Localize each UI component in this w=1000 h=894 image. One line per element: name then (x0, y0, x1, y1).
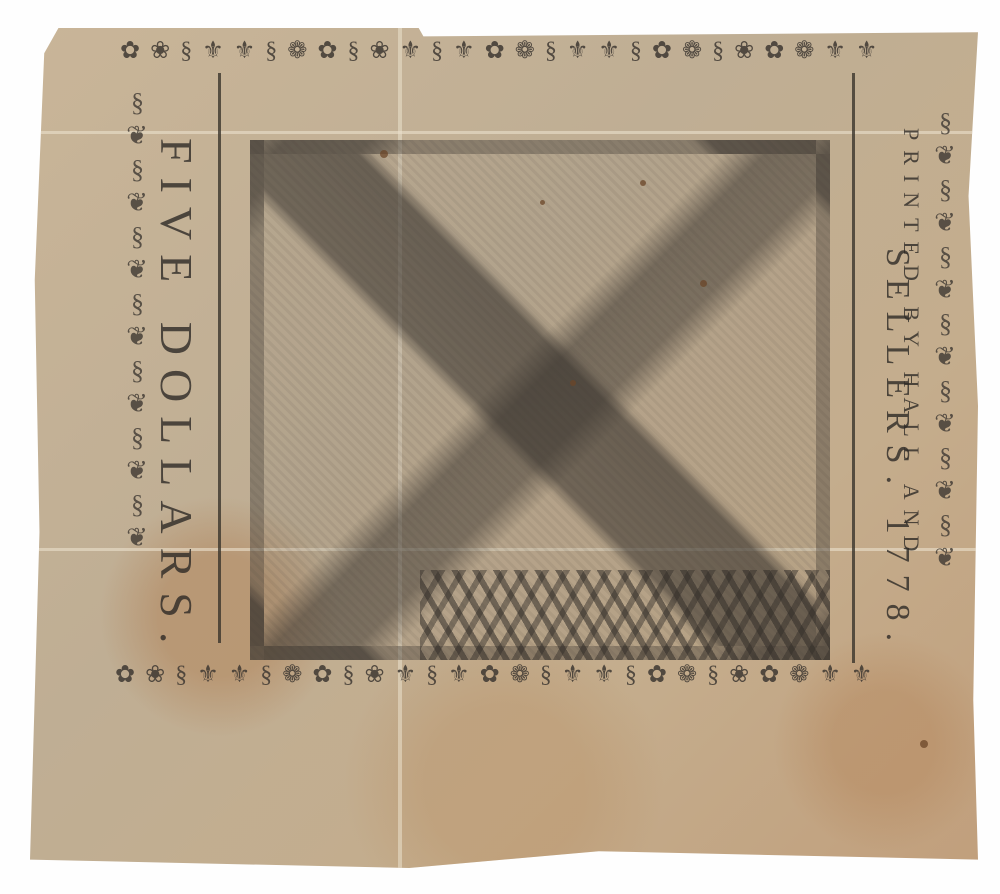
right-ornament-border: §❦§❦§❦§❦§❦§❦§❦ (930, 108, 960, 668)
top-ornament-border: ✿ ❀ § ⚜ ⚜ § ❁ ✿ § ❀ ⚜ § ⚜ ✿ ❁ § ⚜ ⚜ § ✿ … (120, 36, 879, 65)
right-rule (852, 73, 855, 663)
foxing-spot (570, 380, 576, 386)
foxing-spot (920, 740, 928, 748)
bottom-ornament-border: ✿ ❀ § ⚜ ⚜ § ❁ ✿ § ❀ ⚜ § ⚜ ✿ ❁ § ⚜ ⚜ § ✿ … (115, 660, 874, 689)
printer-line-2: SELLERS. 1778. (878, 248, 916, 653)
fold-line-horizontal-top (30, 131, 978, 134)
foxing-spot (540, 200, 545, 205)
left-ornament-border: §❦§❦§❦§❦§❦§❦§❦ (122, 88, 152, 648)
foxing-spot (380, 150, 388, 158)
foxing-spot (700, 280, 707, 287)
left-rule (218, 73, 221, 643)
foxing-spot (640, 180, 646, 186)
denomination-text: FIVE DOLLARS. (150, 138, 203, 657)
lower-frieze-pattern (420, 570, 830, 660)
